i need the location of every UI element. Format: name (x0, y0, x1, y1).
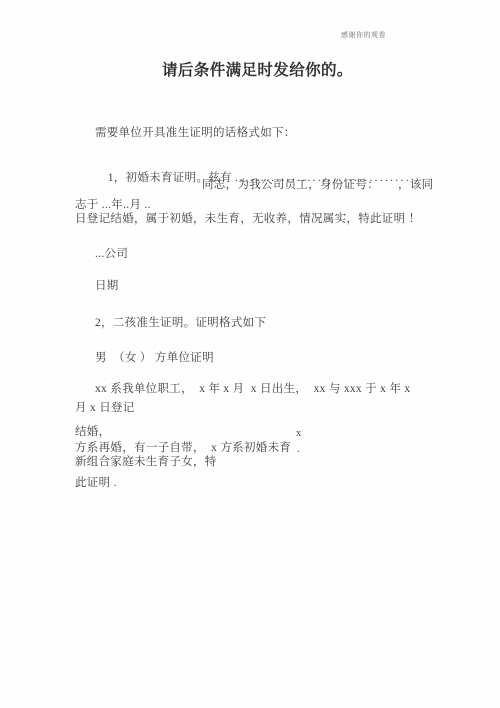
doc-line-item2-2: 月 x 日登记 (75, 402, 135, 415)
doc-line-date: 日期 (95, 280, 119, 293)
doc-line-item1-wrap2: 志于 ...年..月 .. (75, 199, 151, 212)
doc-line-item2-5: 新组合家庭未生育子女，特 (75, 456, 217, 469)
doc-line-item2-3: 结婚， (75, 426, 110, 439)
doc-line-item2-6: 此证明 . (75, 477, 117, 490)
doc-line-company: ...公司 (95, 248, 128, 261)
page-title: 请后条件满足时发给你的。 (162, 62, 353, 80)
doc-line-item1-wrap1: 同志，为我公司员工，身份证号： ，该同 (202, 179, 433, 192)
doc-line-unit-cert: 男 （女 ） 方单位证明 (95, 352, 214, 365)
doc-line-item2-1: xx 系我单位职工， x 年 x 月 x 日出生， xx 与 xxx 于 x 年… (95, 383, 410, 396)
doc-line-intro: 需要单位开具准生证明的话格式如下： (95, 127, 296, 140)
doc-stray-x: x (296, 428, 302, 440)
document-page: 感谢你的观看 请后条件满足时发给你的。 需要单位开具准生证明的话格式如下： 1，… (0, 0, 500, 708)
doc-line-item2-head: 2，二孩准生证明。证明格式如下 (95, 317, 266, 330)
doc-stray-period: . (297, 444, 300, 456)
doc-line-item1-wrap3: 日登记结婚，属于初婚，未生育，无收养，情况属实，特此证明 ！ (75, 213, 420, 226)
doc-line-item2-4: 方系再婚，有一子自带， x 方系初婚未育 (75, 442, 291, 455)
watermark-text: 感谢你的观看 (341, 31, 386, 39)
